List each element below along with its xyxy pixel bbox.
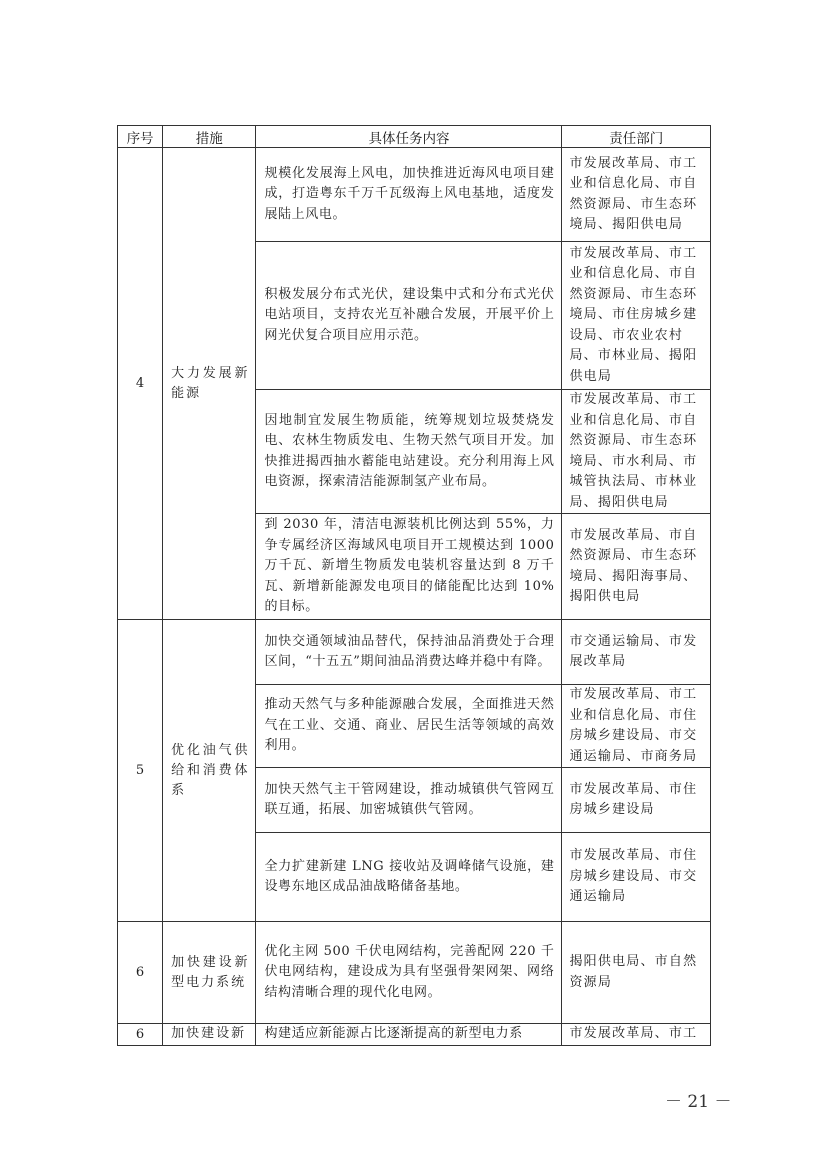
dept-cell: 市发展改革局、市住房城乡建设局 [562, 768, 711, 833]
task-cell: 加快天然气主干管网建设，推动城镇供气管网互联互通，拓展、加密城镇供气管网。 [256, 768, 562, 833]
header-no: 序号 [118, 126, 163, 148]
task-cell: 优化主网 500 千伏电网结构，完善配网 220 千伏电网结构，建设成为具有坚强… [256, 922, 562, 1024]
measure-cell: 加快建设新型电力系统 [163, 922, 256, 1024]
measure-cell: 大力发展新能源 [163, 148, 256, 620]
task-cell: 规模化发展海上风电，加快推进近海风电项目建成，打造粤东千万千瓦级海上风电基地，适… [256, 148, 562, 242]
dept-cell: 市发展改革局、市工业和信息化局、市自然资源局、市生态环境局、揭阳供电局 [562, 148, 711, 242]
dept-cell: 揭阳供电局、市自然资源局 [562, 922, 711, 1024]
table-row: 6 加快建设新型电力系统 优化主网 500 千伏电网结构，完善配网 220 千伏… [118, 922, 711, 1024]
row-number: 4 [118, 148, 163, 620]
task-cell: 积极发展分布式光伏，建设集中式和分布式光伏电站项目，支持农光互补融合发展，开展平… [256, 242, 562, 390]
dept-cell: 市发展改革局、市工业和信息化局、市自然资源局、市生态环境局、市住房城乡建设局、市… [562, 242, 711, 390]
table-header-row: 序号 措施 具体任务内容 责任部门 [118, 126, 711, 148]
task-cell: 到 2030 年，清洁电源装机比例达到 55%，力争专属经济区海域风电项目开工规… [256, 514, 562, 620]
measure-cell: 加快建设新 [163, 1024, 256, 1046]
dept-cell: 市交通运输局、市发展改革局 [562, 620, 711, 685]
table-row: 5 优化油气供给和消费体系 加快交通领域油品替代，保持油品消费处于合理区间，“十… [118, 620, 711, 685]
table-row: 6 加快建设新 构建适应新能源占比逐渐提高的新型电力系 市发展改革局、市工 [118, 1024, 711, 1046]
task-cell: 构建适应新能源占比逐渐提高的新型电力系 [256, 1024, 562, 1046]
task-table: 序号 措施 具体任务内容 责任部门 4 大力发展新能源 规模化发展海上风电，加快… [117, 125, 711, 1046]
dept-cell: 市发展改革局、市住房城乡建设局、市交通运输局 [562, 833, 711, 922]
measure-cell: 优化油气供给和消费体系 [163, 620, 256, 922]
dept-cell: 市发展改革局、市工业和信息化局、市自然资源局、市生态环境局、市水利局、市城管执法… [562, 390, 711, 514]
row-number: 6 [118, 1024, 163, 1046]
task-cell: 因地制宜发展生物质能，统筹规划垃圾焚烧发电、农林生物质发电、生物天然气项目开发。… [256, 390, 562, 514]
header-dept: 责任部门 [562, 126, 711, 148]
table-row: 4 大力发展新能源 规模化发展海上风电，加快推进近海风电项目建成，打造粤东千万千… [118, 148, 711, 242]
row-number: 5 [118, 620, 163, 922]
task-cell: 加快交通领域油品替代，保持油品消费处于合理区间，“十五五”期间油品消费达峰并稳中… [256, 620, 562, 685]
task-cell: 推动天然气与多种能源融合发展，全面推进天然气在工业、交通、商业、居民生活等领域的… [256, 685, 562, 768]
dept-cell: 市发展改革局、市工业和信息化局、市住房城乡建设局、市交通运输局、市商务局 [562, 685, 711, 768]
dept-cell: 市发展改革局、市自然资源局、市生态环境局、揭阳海事局、揭阳供电局 [562, 514, 711, 620]
row-number: 6 [118, 922, 163, 1024]
header-measure: 措施 [163, 126, 256, 148]
page-number: － 21 － [665, 1087, 731, 1112]
dept-cell: 市发展改革局、市工 [562, 1024, 711, 1046]
header-task: 具体任务内容 [256, 126, 562, 148]
task-cell: 全力扩建新建 LNG 接收站及调峰储气设施，建设粤东地区成品油战略储备基地。 [256, 833, 562, 922]
